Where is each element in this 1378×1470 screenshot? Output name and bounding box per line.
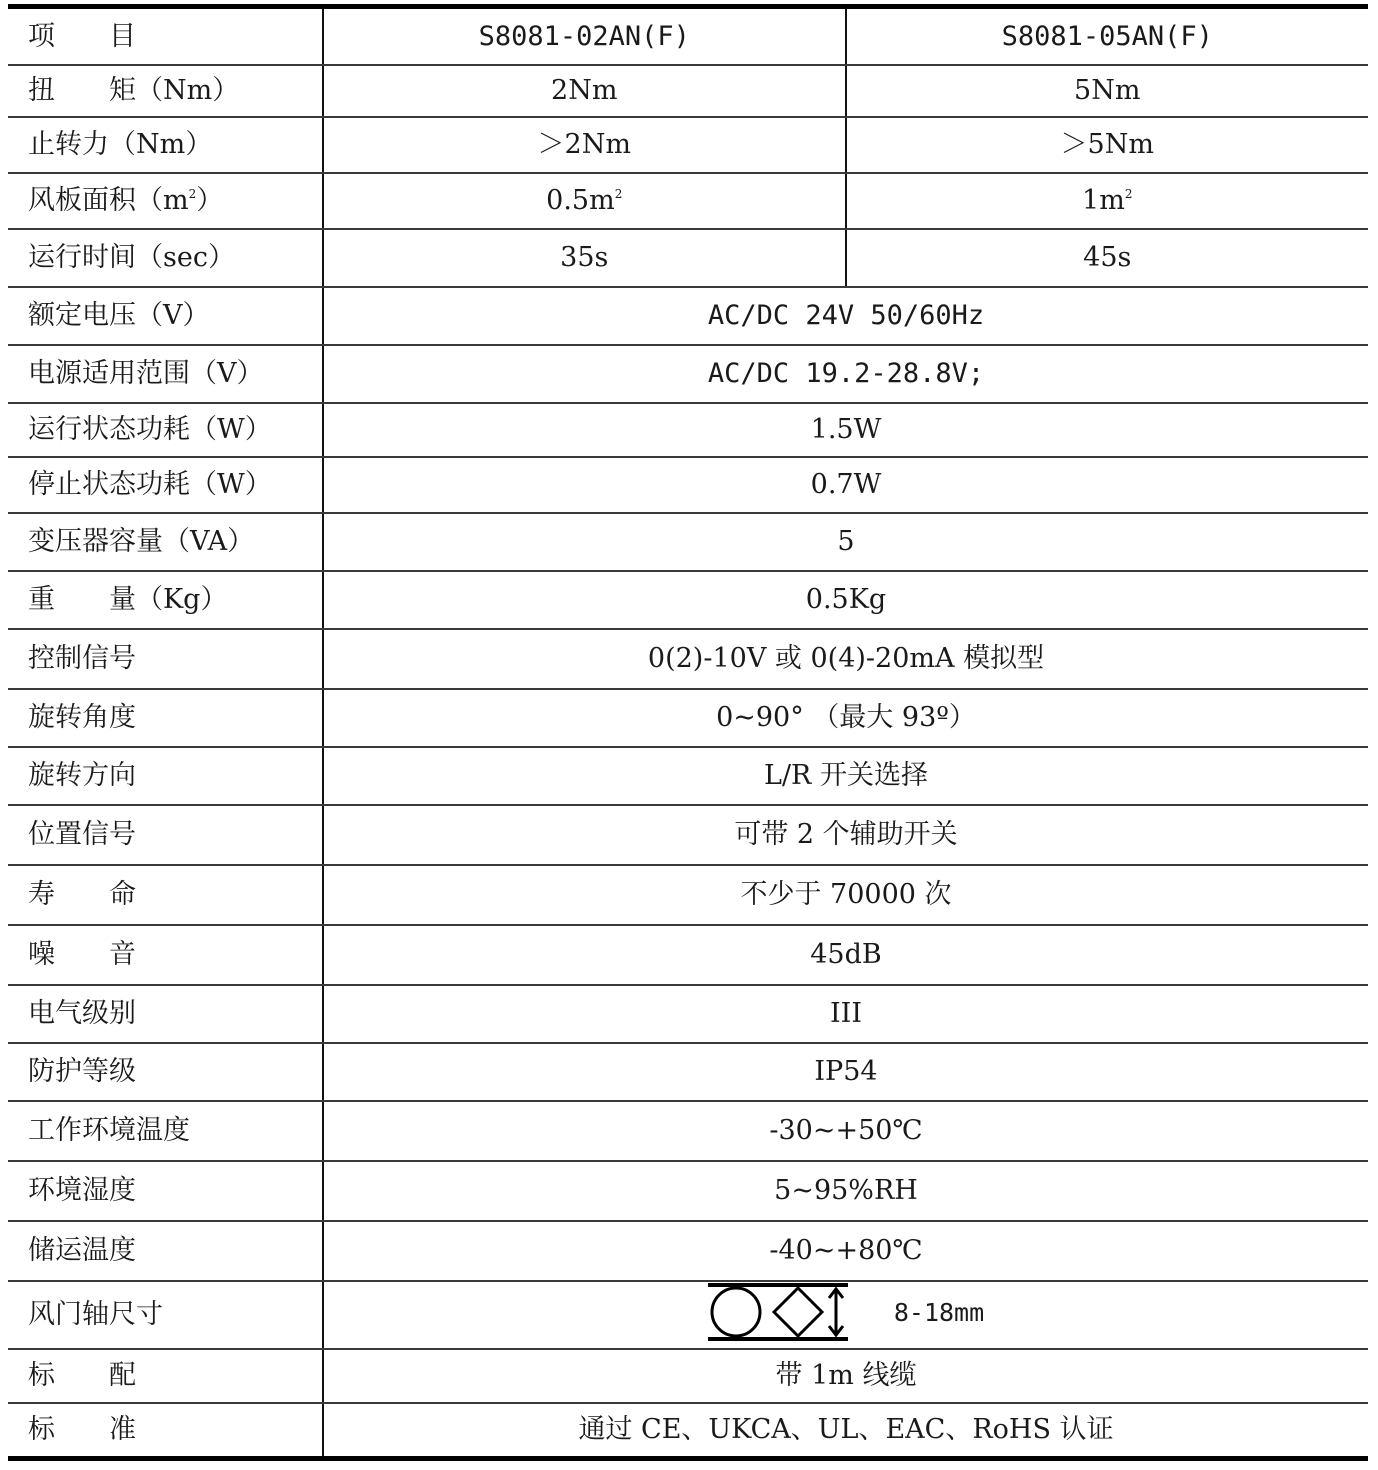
shaft-size-value: 8-18mm xyxy=(894,1300,984,1325)
table-header-row: 项 目 S8081-02AN(F) S8081-05AN(F) xyxy=(8,7,1368,65)
table-row-shaft-size: 风门轴尺寸 8-18mm xyxy=(8,1281,1368,1349)
table-row: 储运温度-40~+80℃ xyxy=(8,1221,1368,1281)
row-label: 停止状态功耗（W） xyxy=(8,457,323,513)
row-value: 0.7W xyxy=(323,457,1368,513)
table-row: 旋转角度0~90° （最大 93º） xyxy=(8,689,1368,747)
row-label: 寿 命 xyxy=(8,865,323,925)
table-row: 电源适用范围（V）AC/DC 19.2-28.8V; xyxy=(8,345,1368,403)
table-row: 运行状态功耗（W）1.5W xyxy=(8,403,1368,457)
row-value: L/R 开关选择 xyxy=(323,747,1368,805)
row-value-05: 5Nm xyxy=(846,65,1369,117)
header-model-02: S8081-02AN(F) xyxy=(323,7,846,65)
row-value-05: ＞5Nm xyxy=(846,117,1369,173)
row-label: 风板面积（m2） xyxy=(8,173,323,229)
row-value-05: 1m2 xyxy=(846,173,1369,229)
row-value: 0~90° （最大 93º） xyxy=(323,689,1368,747)
row-value-02: 0.5m2 xyxy=(323,173,846,229)
row-label: 电源适用范围（V） xyxy=(8,345,323,403)
table-row-damper-area: 风板面积（m2） 0.5m2 1m2 xyxy=(8,173,1368,229)
row-label: 环境湿度 xyxy=(8,1161,323,1221)
table-row: 寿 命不少于 70000 次 xyxy=(8,865,1368,925)
row-value: 45dB xyxy=(323,925,1368,985)
row-label: 旋转方向 xyxy=(8,747,323,805)
shaft-shape-icon xyxy=(708,1282,848,1342)
table-row: 控制信号0(2)-10V 或 0(4)-20mA 模拟型 xyxy=(8,629,1368,689)
row-value: 带 1m 线缆 xyxy=(323,1349,1368,1403)
row-label: 储运温度 xyxy=(8,1221,323,1281)
row-value: IP54 xyxy=(323,1043,1368,1101)
row-label: 扭 矩（Nm） xyxy=(8,65,323,117)
row-label: 标 准 xyxy=(8,1403,323,1459)
row-value-02: 35s xyxy=(323,229,846,287)
row-label: 运行状态功耗（W） xyxy=(8,403,323,457)
table-row-run-time: 运行时间（sec） 35s 45s xyxy=(8,229,1368,287)
row-label: 风门轴尺寸 xyxy=(8,1281,323,1349)
row-label: 位置信号 xyxy=(8,805,323,865)
table-row-torque: 扭 矩（Nm） 2Nm 5Nm xyxy=(8,65,1368,117)
row-value: -40~+80℃ xyxy=(323,1221,1368,1281)
row-label: 止转力（Nm） xyxy=(8,117,323,173)
table-row: 变压器容量（VA）5 xyxy=(8,513,1368,571)
row-value: 0.5Kg xyxy=(323,571,1368,629)
row-label: 噪 音 xyxy=(8,925,323,985)
row-value: 1.5W xyxy=(323,403,1368,457)
row-label: 防护等级 xyxy=(8,1043,323,1101)
table-row: 环境湿度5~95%RH xyxy=(8,1161,1368,1221)
table-row: 噪 音45dB xyxy=(8,925,1368,985)
row-label: 标 配 xyxy=(8,1349,323,1403)
table-row-stall-torque: 止转力（Nm） ＞2Nm ＞5Nm xyxy=(8,117,1368,173)
row-value: 通过 CE、UKCA、UL、EAC、RoHS 认证 xyxy=(323,1403,1368,1459)
row-label: 额定电压（V） xyxy=(8,287,323,345)
spec-sheet: 项 目 S8081-02AN(F) S8081-05AN(F) 扭 矩（Nm） … xyxy=(8,4,1368,1461)
row-label: 工作环境温度 xyxy=(8,1101,323,1161)
row-value: 8-18mm xyxy=(323,1281,1368,1349)
row-label: 电气级别 xyxy=(8,985,323,1043)
row-value: 可带 2 个辅助开关 xyxy=(323,805,1368,865)
row-value: 5~95%RH xyxy=(323,1161,1368,1221)
table-row: 旋转方向L/R 开关选择 xyxy=(8,747,1368,805)
row-value: 5 xyxy=(323,513,1368,571)
row-label: 重 量（Kg） xyxy=(8,571,323,629)
table-row: 电气级别III xyxy=(8,985,1368,1043)
row-value-02: 2Nm xyxy=(323,65,846,117)
row-value-02: ＞2Nm xyxy=(323,117,846,173)
table-row: 停止状态功耗（W）0.7W xyxy=(8,457,1368,513)
spec-table: 项 目 S8081-02AN(F) S8081-05AN(F) 扭 矩（Nm） … xyxy=(8,4,1368,1461)
row-value: -30~+50℃ xyxy=(323,1101,1368,1161)
table-row: 位置信号可带 2 个辅助开关 xyxy=(8,805,1368,865)
row-value: AC/DC 24V 50/60Hz xyxy=(323,287,1368,345)
table-row-standard-config: 标 配带 1m 线缆 xyxy=(8,1349,1368,1403)
table-row: 额定电压（V）AC/DC 24V 50/60Hz xyxy=(8,287,1368,345)
row-value: III xyxy=(323,985,1368,1043)
table-row: 重 量（Kg）0.5Kg xyxy=(8,571,1368,629)
row-label: 运行时间（sec） xyxy=(8,229,323,287)
header-model-05: S8081-05AN(F) xyxy=(846,7,1369,65)
table-row-certification: 标 准通过 CE、UKCA、UL、EAC、RoHS 认证 xyxy=(8,1403,1368,1459)
header-item-label: 项 目 xyxy=(8,7,323,65)
row-label: 旋转角度 xyxy=(8,689,323,747)
row-value: AC/DC 19.2-28.8V; xyxy=(323,345,1368,403)
table-row: 防护等级IP54 xyxy=(8,1043,1368,1101)
row-value: 不少于 70000 次 xyxy=(323,865,1368,925)
row-label: 变压器容量（VA） xyxy=(8,513,323,571)
row-value: 0(2)-10V 或 0(4)-20mA 模拟型 xyxy=(323,629,1368,689)
table-row: 工作环境温度-30~+50℃ xyxy=(8,1101,1368,1161)
row-label: 控制信号 xyxy=(8,629,323,689)
row-value-05: 45s xyxy=(846,229,1369,287)
